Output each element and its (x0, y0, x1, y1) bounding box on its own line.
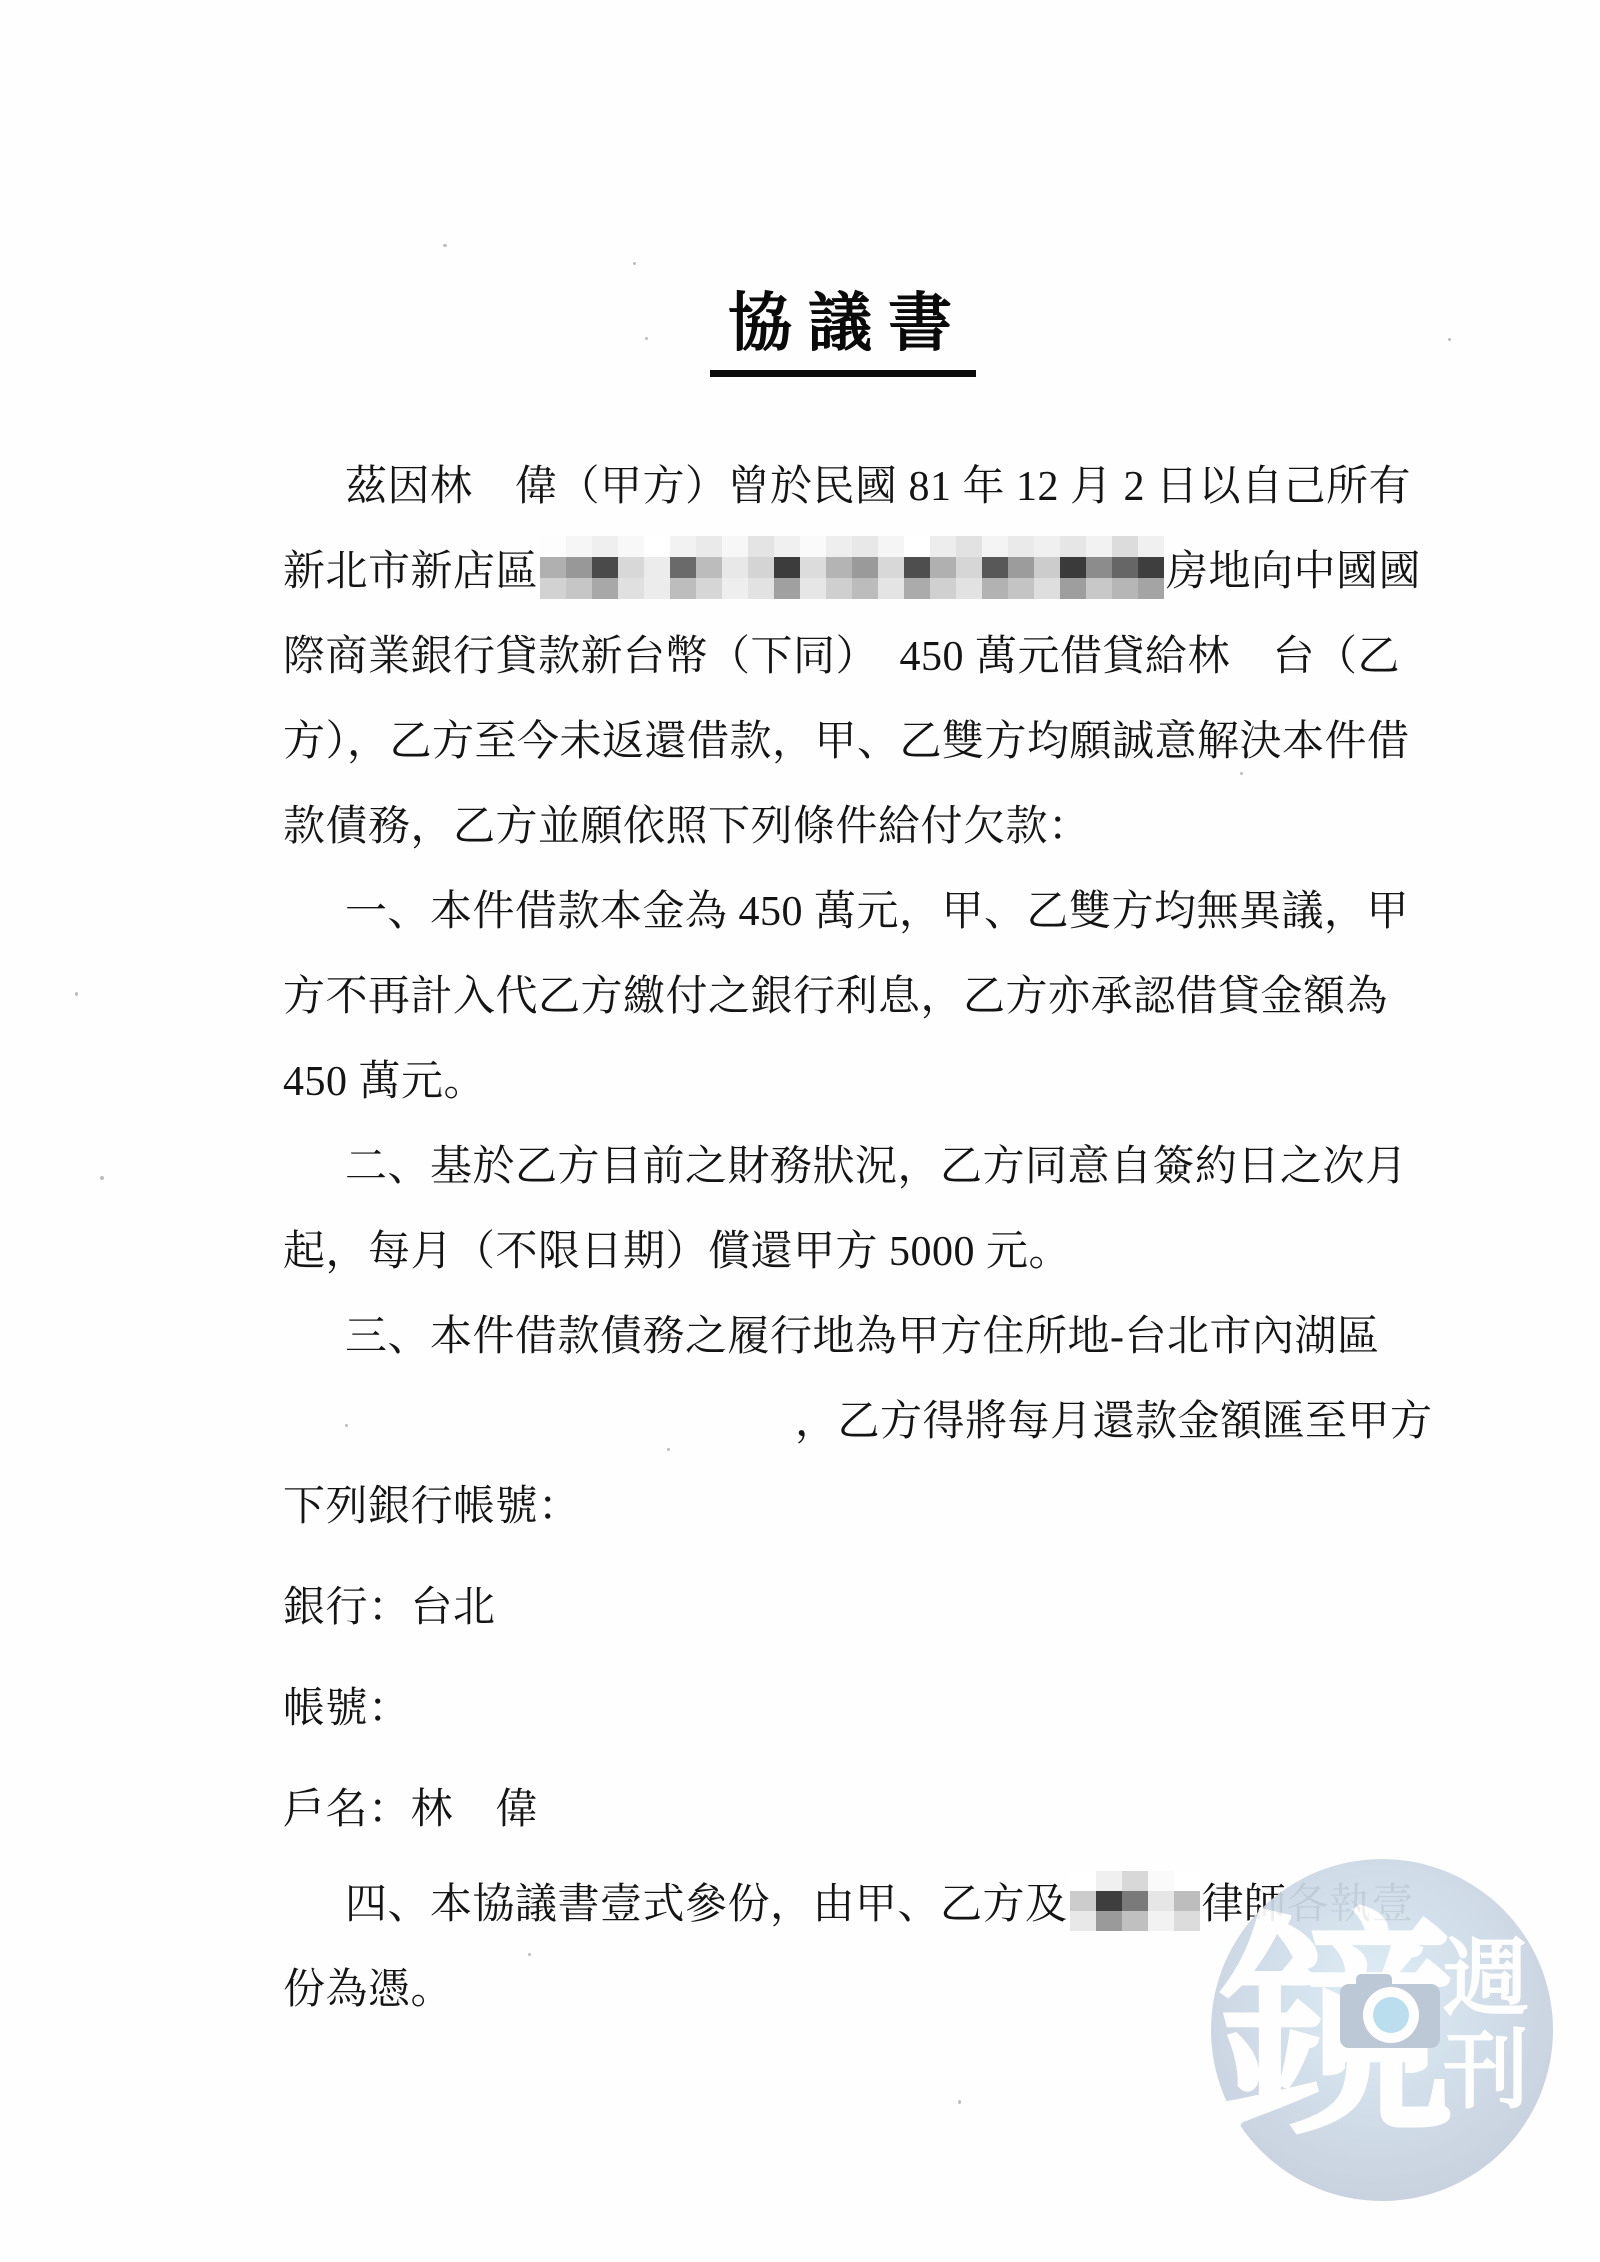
scan-speck (1448, 338, 1451, 341)
mosaic-tile (826, 578, 852, 599)
text-run: 一、本件借款本金為 450 萬元，甲、乙雙方均無異議，甲 (345, 878, 1409, 938)
mosaic-tile (592, 578, 618, 599)
scan-speck (1037, 737, 1040, 740)
scan-speck (633, 262, 636, 265)
text-run: 份為憑。 (283, 1956, 453, 2016)
document-line: 起，每月（不限日期）償還甲方 5000 元。 (283, 1205, 1423, 1290)
document-line: 三、本件借款債務之履行地為甲方住所地-台北市內湖區 (283, 1290, 1423, 1375)
text-run: 新北市新店區 (283, 538, 538, 598)
scan-speck (667, 1448, 670, 1451)
scan-speck (345, 1424, 348, 1427)
mosaic-tile (774, 536, 800, 557)
mosaic-tile (904, 536, 930, 557)
mosaic-tile (618, 557, 644, 578)
scan-speck (443, 244, 447, 247)
scan-speck (528, 1953, 531, 1956)
redaction-mosaic (540, 536, 1164, 599)
document-line: 450 萬元。 (283, 1035, 1423, 1120)
mirror-media-logo: 鏡 週 刊 (1208, 1856, 1556, 2204)
mosaic-tile (644, 578, 670, 599)
mosaic-tile (930, 578, 956, 599)
mosaic-tile (722, 536, 748, 557)
mosaic-tile (800, 578, 826, 599)
mosaic-tile (956, 536, 982, 557)
mosaic-tile (722, 578, 748, 599)
document-line: 銀行：台北 (283, 1561, 1423, 1646)
document-line: 一、本件借款本金為 450 萬元，甲、乙雙方均無異議，甲 (283, 865, 1423, 950)
scan-speck (958, 2100, 961, 2104)
mosaic-tile (1086, 536, 1112, 557)
mosaic-tile (1060, 536, 1086, 557)
document-line: 茲因林 偉（甲方）曾於民國 81 年 12 月 2 日以自己所有 (283, 440, 1423, 525)
text-run: 帳號： (283, 1675, 411, 1735)
kan-character: 刊 (1443, 2023, 1529, 2119)
document-line: 二、基於乙方目前之財務狀況，乙方同意自簽約日之次月 (283, 1120, 1423, 1205)
mosaic-tile (1086, 557, 1112, 578)
mosaic-tile (956, 578, 982, 599)
text-run: 起，每月（不限日期）償還甲方 5000 元。 (283, 1218, 1071, 1278)
text-run: 方不再計入代乙方繳付之銀行利息，乙方亦承認借貸金額為 (283, 963, 1388, 1023)
mosaic-tile (1096, 1911, 1122, 1931)
mosaic-tile (1034, 557, 1060, 578)
mosaic-tile (1112, 557, 1138, 578)
redaction-mosaic (1070, 1871, 1200, 1931)
mosaic-tile (1148, 1871, 1174, 1891)
mosaic-tile (800, 557, 826, 578)
mosaic-tile (1122, 1871, 1148, 1891)
camera-lens-icon (1373, 1997, 1409, 2033)
mosaic-tile (644, 557, 670, 578)
mosaic-tile (930, 536, 956, 557)
text-run: 四、本協議書壹式參份，由甲、乙方及 (345, 1871, 1068, 1931)
mosaic-tile (1138, 578, 1164, 599)
document-line: 戶名：林 偉 (283, 1763, 1423, 1848)
scan-speck (1240, 772, 1243, 775)
document-line: 際商業銀行貸款新台幣（下同） 450 萬元借貸給林 台（乙 (283, 610, 1423, 695)
text-run: 450 萬元。 (283, 1048, 486, 1108)
mosaic-tile (670, 557, 696, 578)
mosaic-tile (1174, 1891, 1200, 1911)
mosaic-tile (1034, 536, 1060, 557)
mosaic-tile (852, 578, 878, 599)
mosaic-tile (1148, 1911, 1174, 1931)
mosaic-tile (1148, 1891, 1174, 1911)
week-character: 週 (1443, 1931, 1529, 2027)
mosaic-tile (826, 536, 852, 557)
text-run: 際商業銀行貸款新台幣（下同） 450 萬元借貸給林 台（乙 (283, 623, 1400, 683)
mosaic-tile (1096, 1891, 1122, 1911)
mosaic-tile (904, 557, 930, 578)
mosaic-tile (1122, 1911, 1148, 1931)
mosaic-tile (618, 578, 644, 599)
document-body: 茲因林 偉（甲方）曾於民國 81 年 12 月 2 日以自己所有新北市新店區房地… (283, 440, 1423, 2028)
mosaic-tile (1112, 536, 1138, 557)
mosaic-tile (1008, 578, 1034, 599)
document-line: 帳號： (283, 1662, 1423, 1747)
mosaic-tile (878, 557, 904, 578)
mosaic-tile (696, 557, 722, 578)
mosaic-tile (670, 536, 696, 557)
text-run: 款債務，乙方並願依照下列條件給付欠款： (283, 793, 1091, 853)
document-line: 新北市新店區房地向中國國 (283, 525, 1423, 610)
mosaic-tile (1060, 557, 1086, 578)
document-line: 方），乙方至今未返還借款，甲、乙雙方均願誠意解決本件借 (283, 695, 1423, 780)
mosaic-tile (670, 578, 696, 599)
text-run: 下列銀行帳號： (283, 1473, 581, 1533)
mosaic-tile (592, 536, 618, 557)
mosaic-tile (930, 557, 956, 578)
mosaic-tile (566, 536, 592, 557)
camera-icon (1340, 1974, 1440, 2048)
mosaic-tile (774, 557, 800, 578)
text-run: 茲因林 偉（甲方）曾於民國 81 年 12 月 2 日以自己所有 (345, 453, 1411, 513)
text-run: 房地向中國國 (1166, 538, 1421, 598)
mosaic-tile (826, 557, 852, 578)
mosaic-tile (1086, 578, 1112, 599)
scan-speck (75, 992, 78, 996)
scan-speck (645, 337, 648, 340)
document-line: ，乙方得將每月還款金額匯至甲方 (283, 1375, 1423, 1460)
mosaic-tile (566, 557, 592, 578)
document-line: 下列銀行帳號： (283, 1460, 1423, 1545)
mosaic-tile (1122, 1891, 1148, 1911)
document-line: 方不再計入代乙方繳付之銀行利息，乙方亦承認借貸金額為 (283, 950, 1423, 1035)
text-run: ，乙方得將每月還款金額匯至甲方 (795, 1388, 1433, 1448)
mosaic-tile (1070, 1911, 1096, 1931)
mosaic-tile (904, 578, 930, 599)
mosaic-tile (540, 536, 566, 557)
mosaic-tile (540, 557, 566, 578)
mosaic-tile (1060, 578, 1086, 599)
mosaic-tile (956, 557, 982, 578)
mosaic-tile (800, 536, 826, 557)
mosaic-tile (1008, 536, 1034, 557)
text-run: 三、本件借款債務之履行地為甲方住所地-台北市內湖區 (345, 1303, 1380, 1363)
mosaic-tile (1174, 1871, 1200, 1891)
mosaic-tile (592, 557, 618, 578)
mosaic-tile (618, 536, 644, 557)
mosaic-tile (982, 536, 1008, 557)
mosaic-tile (852, 557, 878, 578)
mosaic-tile (644, 536, 670, 557)
text-run: 銀行：台北 (283, 1574, 496, 1634)
mosaic-tile (1096, 1871, 1122, 1891)
mosaic-tile (748, 536, 774, 557)
text-run: 方），乙方至今未返還借款，甲、乙雙方均願誠意解決本件借 (283, 708, 1410, 768)
mosaic-tile (696, 536, 722, 557)
mosaic-tile (1174, 1911, 1200, 1931)
mosaic-tile (982, 557, 1008, 578)
mosaic-tile (566, 578, 592, 599)
mosaic-tile (878, 536, 904, 557)
mosaic-tile (852, 536, 878, 557)
mosaic-tile (696, 578, 722, 599)
scan-speck (100, 1176, 104, 1180)
mosaic-tile (1034, 578, 1060, 599)
document-title: 協議書 (283, 272, 1403, 377)
text-run: 戶名：林 偉 (283, 1776, 538, 1836)
mosaic-tile (1112, 578, 1138, 599)
mosaic-tile (774, 578, 800, 599)
mosaic-tile (722, 557, 748, 578)
mirror-media-watermark: 鏡 週 刊 (1208, 1856, 1556, 2204)
mosaic-tile (878, 578, 904, 599)
scanned-document-page: 協議書 茲因林 偉（甲方）曾於民國 81 年 12 月 2 日以自己所有新北市新… (0, 0, 1600, 2262)
document-line: 款債務，乙方並願依照下列條件給付欠款： (283, 780, 1423, 865)
mosaic-tile (540, 578, 566, 599)
mosaic-tile (982, 578, 1008, 599)
mosaic-tile (1008, 557, 1034, 578)
mosaic-tile (1070, 1871, 1096, 1891)
text-run: 二、基於乙方目前之財務狀況，乙方同意自簽約日之次月 (345, 1133, 1408, 1193)
mosaic-tile (748, 557, 774, 578)
mosaic-tile (748, 578, 774, 599)
mosaic-tile (1138, 557, 1164, 578)
mosaic-tile (1070, 1891, 1096, 1911)
document-title-text: 協議書 (710, 272, 976, 377)
mosaic-tile (1138, 536, 1164, 557)
